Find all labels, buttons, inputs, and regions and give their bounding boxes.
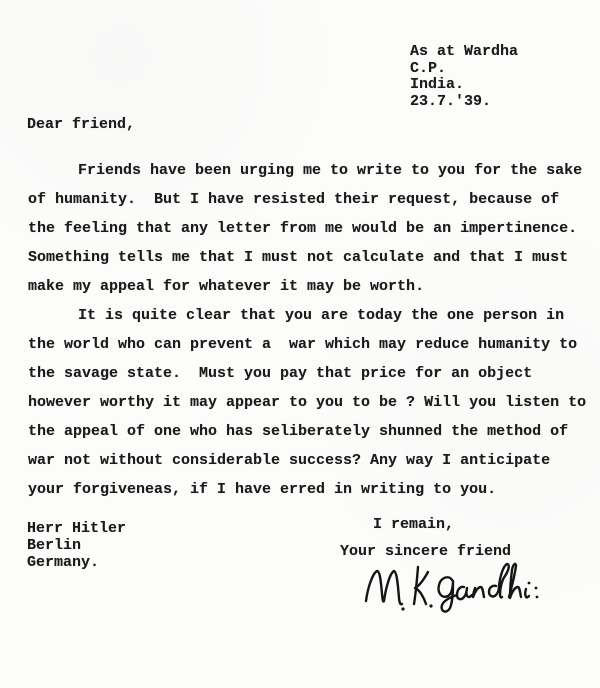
body-line: the appeal of one who has seliberately s…	[28, 417, 593, 446]
recipient-country: Germany.	[27, 554, 126, 571]
body-line: the savage state. Must you pay that pric…	[28, 359, 593, 388]
body-line: Something tells me that I must not calcu…	[28, 243, 593, 272]
letter-scan: As at Wardha C.P. India. 23.7.'39. Dear …	[0, 0, 600, 688]
letter-body: Friends have been urging me to write to …	[28, 156, 593, 504]
letter-heading: As at Wardha C.P. India. 23.7.'39.	[410, 44, 518, 110]
body-line: the feeling that any letter from me woul…	[28, 214, 593, 243]
heading-place: As at Wardha	[410, 44, 518, 61]
body-line: your forgiveneas, if I have erred in wri…	[28, 475, 593, 504]
salutation: Dear friend,	[27, 116, 135, 133]
body-line: war not without considerable success? An…	[28, 446, 593, 475]
body-line: the world who can prevent a war which ma…	[28, 330, 593, 359]
body-line: of humanity. But I have resisted their r…	[28, 185, 593, 214]
recipient-name: Herr Hitler	[27, 520, 126, 537]
heading-date: 23.7.'39.	[410, 94, 518, 111]
signature-drawing	[356, 556, 566, 616]
heading-country: India.	[410, 77, 518, 94]
closing-remain: I remain,	[373, 516, 454, 533]
body-line: Friends have been urging me to write to …	[28, 156, 593, 185]
heading-province: C.P.	[410, 61, 518, 78]
gandhi-signature: M.K.Gandhi	[356, 556, 566, 616]
body-line: however worthy it may appear to you to b…	[28, 388, 593, 417]
body-line: It is quite clear that you are today the…	[28, 301, 593, 330]
recipient-city: Berlin	[27, 537, 126, 554]
recipient-address: Herr Hitler Berlin Germany.	[27, 520, 126, 571]
body-line: make my appeal for whatever it may be wo…	[28, 272, 593, 301]
